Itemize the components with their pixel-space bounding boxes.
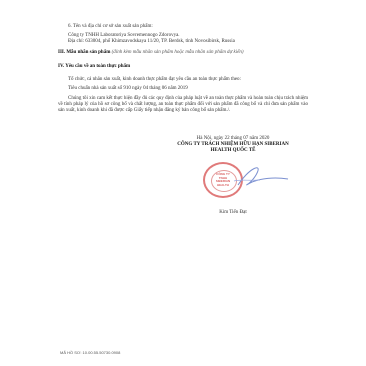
company-name-line-2: HEALTH QUỐC TẾ	[158, 148, 308, 154]
footer-code: MÃ HỒ SƠ: 10.00.55.50730.0908	[60, 350, 120, 355]
section-3-title: III. Mẫu nhãn sản phẩm	[58, 50, 110, 55]
signer-name: Kim Tiến Đạt	[193, 210, 273, 216]
manufacturer-address: Địa chỉ: 633004, phố Khimzavodskaya 11/2…	[68, 39, 235, 45]
section-6-title: 6. Tên và địa chỉ cơ sở sản xuất sản phẩ…	[68, 24, 153, 30]
section-4-line-2: Tiêu chuẩn nhà sản xuất số 910 ngày 04 t…	[68, 86, 188, 92]
section-3-note: (đính kèm mẫu nhãn sản phẩm hoặc mẫu nhã…	[112, 50, 244, 55]
document-page: 6. Tên và địa chỉ cơ sở sản xuất sản phẩ…	[0, 0, 366, 366]
section-3-heading: III. Mẫu nhãn sản phẩm (đính kèm mẫu nhã…	[58, 50, 244, 56]
section-4-title: IV. Yêu cầu về an toàn thực phẩm	[58, 64, 130, 70]
commitment-paragraph: Chúng tôi xin cam kết thực hiện đầy đủ c…	[58, 96, 308, 115]
signature-icon	[220, 163, 290, 193]
section-4-line-1: Tổ chức, cá nhân sản xuất, kinh doanh th…	[68, 77, 241, 83]
